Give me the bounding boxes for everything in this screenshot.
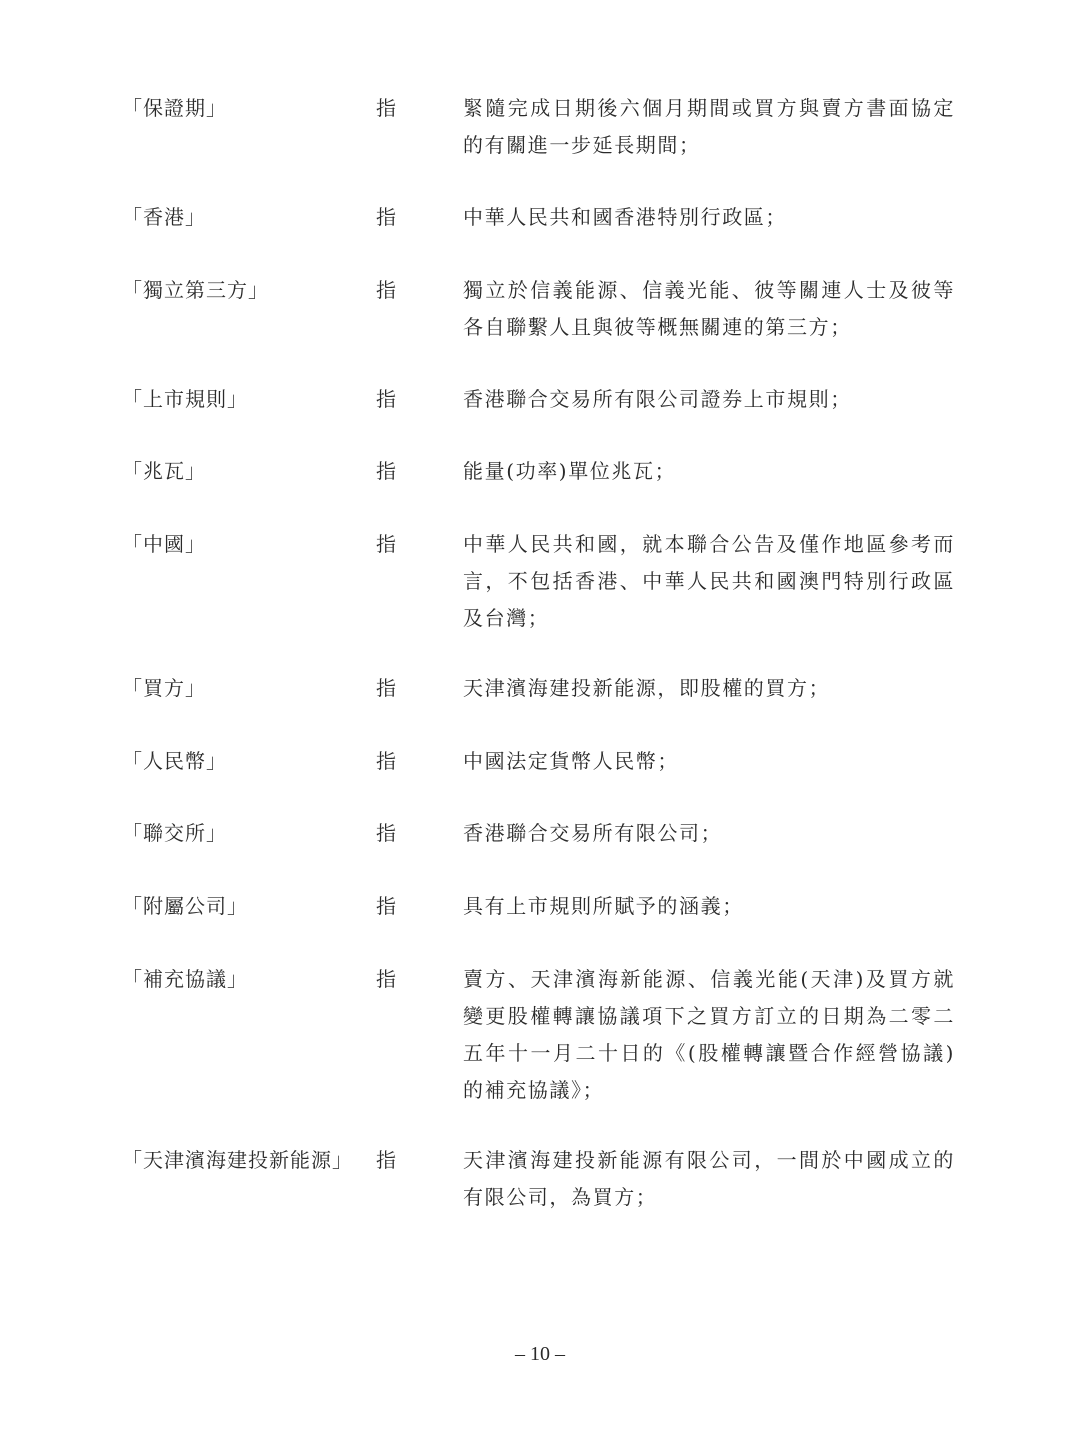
term: 「買方」	[122, 670, 206, 707]
definition-text: 香港聯合交易所有限公司；	[463, 815, 955, 852]
means-label: 指	[376, 381, 396, 418]
means-label: 指	[376, 272, 396, 309]
term: 「香港」	[122, 199, 206, 236]
means-label: 指	[376, 453, 396, 490]
page-number: – 10 –	[0, 1340, 1080, 1368]
definition-text: 中華人民共和國，就本聯合公告及僅作地區參考而言，不包括香港、中華人民共和國澳門特…	[463, 526, 955, 637]
means-label: 指	[376, 743, 396, 780]
means-label: 指	[376, 1142, 396, 1179]
definition-text: 天津濱海建投新能源，即股權的買方；	[463, 670, 955, 707]
definition-text: 天津濱海建投新能源有限公司，一間於中國成立的有限公司，為買方；	[463, 1142, 955, 1216]
means-label: 指	[376, 888, 396, 925]
definition-text: 獨立於信義能源、信義光能、彼等關連人士及彼等各自聯繫人且與彼等概無關連的第三方；	[463, 272, 955, 346]
term: 「天津濱海建投新能源」	[122, 1142, 353, 1179]
term: 「補充協議」	[122, 961, 248, 998]
term: 「兆瓦」	[122, 453, 206, 490]
definition-text: 能量(功率)單位兆瓦；	[463, 453, 955, 490]
term: 「獨立第三方」	[122, 272, 269, 309]
definition-text: 中華人民共和國香港特別行政區；	[463, 199, 955, 236]
term: 「附屬公司」	[122, 888, 248, 925]
document-page: 「保證期」 指 緊隨完成日期後六個月期間或買方與賣方書面協定的有關進一步延長期間…	[0, 0, 1080, 1439]
means-label: 指	[376, 961, 396, 998]
definition-text: 賣方、天津濱海新能源、信義光能(天津)及買方就變更股權轉讓協議項下之買方訂立的日…	[463, 961, 955, 1109]
term: 「中國」	[122, 526, 206, 563]
term: 「上市規則」	[122, 381, 248, 418]
definition-text: 緊隨完成日期後六個月期間或買方與賣方書面協定的有關進一步延長期間；	[463, 90, 955, 164]
means-label: 指	[376, 815, 396, 852]
term: 「聯交所」	[122, 815, 227, 852]
definition-text: 具有上市規則所賦予的涵義；	[463, 888, 955, 925]
means-label: 指	[376, 670, 396, 707]
means-label: 指	[376, 526, 396, 563]
term: 「人民幣」	[122, 743, 227, 780]
means-label: 指	[376, 199, 396, 236]
term: 「保證期」	[122, 90, 227, 127]
definition-text: 香港聯合交易所有限公司證券上市規則；	[463, 381, 955, 418]
definition-text: 中國法定貨幣人民幣；	[463, 743, 955, 780]
means-label: 指	[376, 90, 396, 127]
